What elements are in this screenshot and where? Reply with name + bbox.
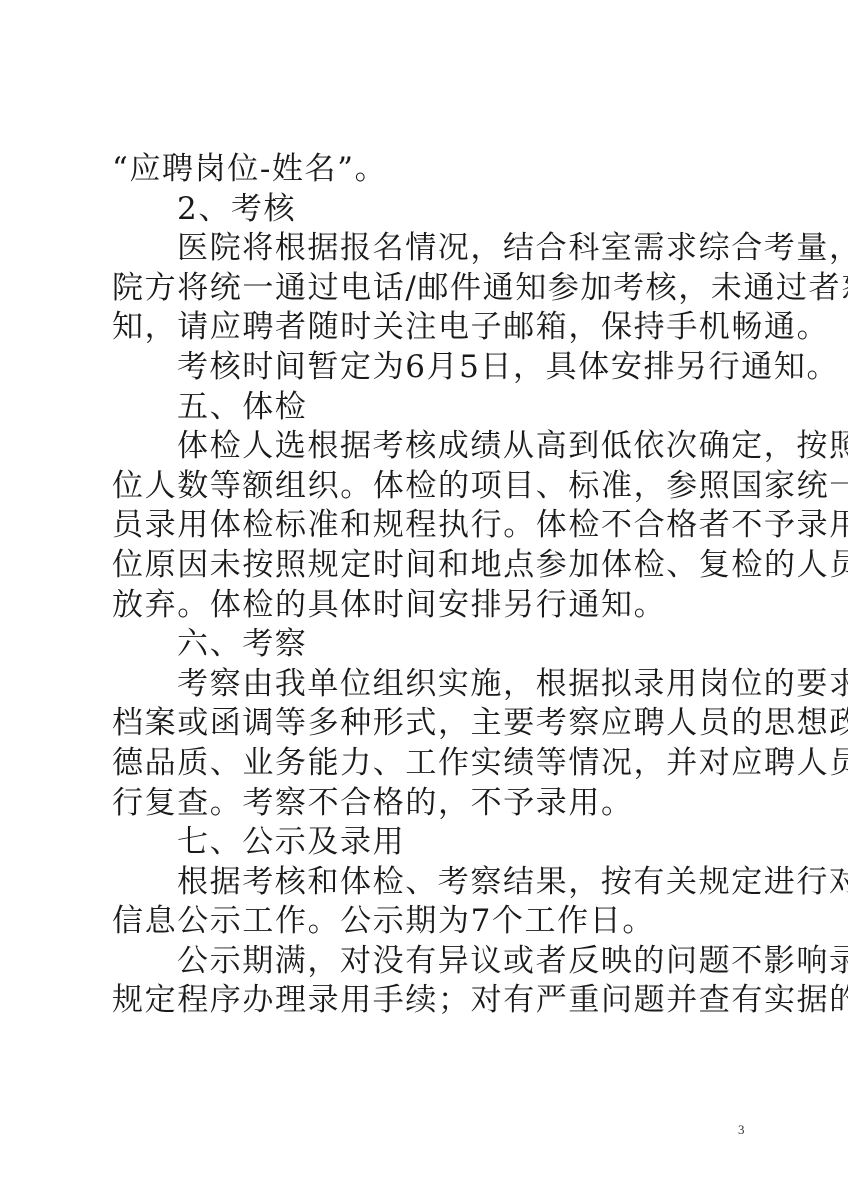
text-line: 院方将统一通过电话/邮件通知参加考核，未通过者恕不另行通 <box>112 269 766 309</box>
text-line: 知，请应聘者随时关注电子邮箱，保持手机畅通。 <box>112 308 766 348</box>
text-line: 位原因未按照规定时间和地点参加体检、复检的人员，视为自动 <box>112 546 766 586</box>
subheading-assessment: 2、考核 <box>112 190 766 230</box>
document-page: “应聘岗位-姓名”。 2、考核 医院将根据报名情况，结合科室需求综合考量，初筛合… <box>112 150 766 1021</box>
text-line: 考核时间暂定为6月5日，具体安排另行通知。 <box>112 348 766 388</box>
text-line: 信息公示工作。公示期为7个工作日。 <box>112 902 766 942</box>
text-line: 位人数等额组织。体检的项目、标准，参照国家统一规定的公务 <box>112 467 766 507</box>
text-line: 体检人选根据考核成绩从高到低依次确定，按照实际招聘岗 <box>112 427 766 467</box>
text-line: 员录用体检标准和规程执行。体检不合格者不予录用。非招聘单 <box>112 506 766 546</box>
text-line: 公示期满，对没有异议或者反映的问题不影响录用的，按照 <box>112 942 766 982</box>
text-line: 德品质、业务能力、工作实绩等情况，并对应聘人员资格条件进 <box>112 744 766 784</box>
text-line: 行复查。考察不合格的，不予录用。 <box>112 784 766 824</box>
text-line: 档案或函调等多种形式，主要考察应聘人员的思想政治表现、道 <box>112 704 766 744</box>
text-line: “应聘岗位-姓名”。 <box>112 150 766 190</box>
text-line: 考察由我单位组织实施，根据拟录用岗位的要求，采取查阅 <box>112 665 766 705</box>
text-line: 放弃。体检的具体时间安排另行通知。 <box>112 586 766 626</box>
text-line: 医院将根据报名情况，结合科室需求综合考量，初筛合格者 <box>112 229 766 269</box>
text-line: 根据考核和体检、考察结果，按有关规定进行对拟录用人员 <box>112 863 766 903</box>
page-number: 3 <box>738 1122 745 1138</box>
text-line: 规定程序办理录用手续；对有严重问题并查有实据的，不予录用； <box>112 981 766 1021</box>
heading-physical-exam: 五、体检 <box>112 388 766 428</box>
heading-publicity-hiring: 七、公示及录用 <box>112 823 766 863</box>
heading-inspection: 六、考察 <box>112 625 766 665</box>
